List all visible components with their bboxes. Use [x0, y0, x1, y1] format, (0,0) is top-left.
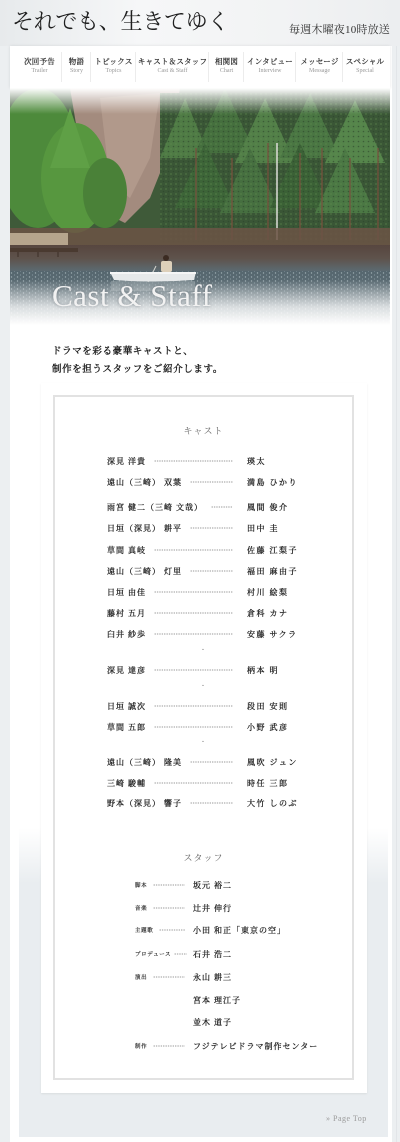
cast-actor: 柄本 明 [247, 665, 279, 676]
nav-item-chart[interactable]: 相関図 Chart [208, 52, 244, 82]
staff-name: 小田 和正「東京の空」 [193, 925, 286, 936]
page: それでも、生きてゆく 毎週木曜夜10時放送 次回予告 Trailer 物語 St… [0, 0, 400, 1142]
dot-leader [190, 570, 233, 572]
nav-label-en: Story [62, 68, 91, 74]
cast-actor: 村川 絵梨 [247, 587, 289, 598]
dot-leader [211, 506, 233, 508]
intro-line-1: ドラマを彩る豪華キャストと、 [52, 343, 193, 357]
cast-actor: 満島 ひかり [247, 477, 298, 488]
cast-row: 雨宮 健二（三崎 文哉） 風間 俊介 [107, 500, 289, 514]
cast-role: 草間 五郎 [107, 722, 146, 733]
nav-label-jp: 相関図 [209, 56, 244, 67]
dot-leader [153, 1045, 185, 1047]
cast-heading: キャスト [53, 424, 354, 437]
cast-row: 野本（深見） 響子 大竹 しのぶ [107, 796, 298, 810]
staff-name: 辻井 伸行 [193, 903, 232, 914]
staff-row: 制作 フジテレビドラマ制作センター [135, 1039, 318, 1053]
cast-actor: 安藤 サクラ [247, 629, 298, 640]
column-edge [396, 46, 397, 1142]
group-separator-dot: ・ [198, 645, 208, 654]
intro-line-2: 制作を担うスタッフをご紹介します。 [52, 361, 223, 375]
cast-role: 深見 達彦 [107, 665, 146, 676]
nav-label-jp: スペシャル [343, 56, 387, 67]
cast-actor: 瑛太 [247, 456, 266, 467]
cast-row: 深見 洋貴 瑛太 [107, 454, 266, 468]
nav-label-en: Trailer [18, 68, 61, 74]
nav-label-jp: メッセージ [296, 56, 343, 67]
staff-row: 宮本 理江子 [135, 993, 241, 1007]
cast-row: 臼井 紗歩 安藤 サクラ [107, 627, 298, 641]
dot-leader [159, 929, 185, 931]
cast-actor: 小野 武彦 [247, 722, 289, 733]
cast-role: 日垣（深見） 耕平 [107, 523, 182, 534]
dot-leader [154, 460, 233, 462]
cast-row: 三崎 駿輔 時任 三郎 [107, 776, 289, 790]
dot-leader [154, 782, 233, 784]
staff-name: 永山 耕三 [193, 972, 232, 983]
dot-leader [190, 802, 233, 804]
cast-row: 日垣 由佳 村川 絵梨 [107, 585, 289, 599]
dot-leader [153, 976, 185, 978]
cast-role: 遠山（三崎） 隆美 [107, 757, 182, 768]
dot-leader [153, 884, 185, 886]
group-separator-dot: ・ [198, 681, 208, 690]
nav-item-trailer[interactable]: 次回予告 Trailer [18, 52, 61, 82]
nav-label-en: Interview [244, 68, 296, 74]
global-nav: 次回予告 Trailer 物語 Story トピックス Topics キャスト＆… [10, 46, 390, 88]
cast-role: 深見 洋貴 [107, 456, 146, 467]
staff-name: 坂元 裕二 [193, 880, 232, 891]
staff-role: 制作 [135, 1042, 147, 1050]
nav-label-en: Cast & Staff [136, 68, 209, 74]
cast-actor: 段田 安則 [247, 701, 289, 712]
nav-item-cast-staff[interactable]: キャスト＆スタッフ Cast & Staff [135, 52, 209, 82]
cast-actor: 風間 俊介 [247, 502, 289, 513]
nav-item-topics[interactable]: トピックス Topics [90, 52, 136, 82]
cast-row: 深見 達彦 柄本 明 [107, 663, 279, 677]
site-title[interactable]: それでも、生きてゆく [12, 5, 229, 36]
staff-row: 脚本 坂元 裕二 [135, 878, 232, 892]
cast-role: 遠山（三崎） 灯里 [107, 566, 182, 577]
nav-label-en: Topics [91, 68, 136, 74]
cast-row: 遠山（三崎） 隆美 風吹 ジュン [107, 755, 298, 769]
dot-leader [154, 705, 233, 707]
staff-row: プロデュース 石井 浩二 [135, 947, 232, 961]
cast-row: 草間 五郎 小野 武彦 [107, 720, 289, 734]
cast-actor: 時任 三郎 [247, 778, 289, 789]
dot-leader [190, 527, 233, 529]
staff-role: プロデュース [135, 950, 171, 958]
staff-role: 演出 [135, 973, 147, 981]
cast-role: 臼井 紗歩 [107, 629, 146, 640]
staff-row: 音楽 辻井 伸行 [135, 901, 232, 915]
broadcast-schedule: 毎週木曜夜10時放送 [289, 21, 390, 37]
dot-leader [154, 591, 233, 593]
dot-leader [174, 953, 187, 955]
dot-leader [190, 481, 233, 483]
dot-leader [190, 761, 233, 763]
cast-row: 藤村 五月 倉科 カナ [107, 606, 289, 620]
cast-role: 遠山（三崎） 双葉 [107, 477, 182, 488]
cast-actor: 田中 圭 [247, 523, 279, 534]
dot-leader [153, 907, 185, 909]
staff-role: 音楽 [135, 904, 147, 912]
nav-label-en: Message [296, 68, 343, 74]
cast-row: 日垣（深見） 耕平 田中 圭 [107, 521, 279, 535]
cast-row: 遠山（三崎） 灯里 福田 麻由子 [107, 564, 298, 578]
cast-role: 草間 真岐 [107, 545, 146, 556]
dot-leader [154, 633, 233, 635]
staff-name: フジテレビドラマ制作センター [193, 1041, 318, 1052]
cast-role: 日垣 由佳 [107, 587, 146, 598]
cast-row: 日垣 誠次 段田 安則 [107, 699, 289, 713]
cast-role: 日垣 誠次 [107, 701, 146, 712]
cast-role: 藤村 五月 [107, 608, 146, 619]
cast-actor: 倉科 カナ [247, 608, 289, 619]
staff-role: 脚本 [135, 881, 147, 889]
cast-actor: 大竹 しのぶ [247, 798, 298, 809]
cast-role: 雨宮 健二（三崎 文哉） [107, 502, 203, 513]
nav-item-interview[interactable]: インタビュー Interview [243, 52, 296, 82]
nav-label-jp: インタビュー [244, 56, 296, 67]
cast-actor: 福田 麻由子 [247, 566, 298, 577]
nav-item-message[interactable]: メッセージ Message [295, 52, 343, 82]
staff-name: 並木 道子 [193, 1017, 232, 1028]
group-separator-dot: ・ [198, 737, 208, 746]
cast-actor: 佐藤 江梨子 [247, 545, 298, 556]
nav-label-en: Special [343, 68, 387, 74]
staff-name: 宮本 理江子 [193, 995, 241, 1006]
dot-leader [154, 726, 233, 728]
nav-label-jp: 次回予告 [18, 56, 61, 67]
staff-row: 主題歌 小田 和正「東京の空」 [135, 923, 286, 937]
cast-row: 遠山（三崎） 双葉 満島 ひかり [107, 475, 298, 489]
dot-leader [154, 612, 233, 614]
nav-item-story[interactable]: 物語 Story [61, 52, 91, 82]
nav-label-jp: トピックス [91, 56, 136, 67]
cast-role: 野本（深見） 響子 [107, 798, 182, 809]
staff-row: 並木 道子 [135, 1015, 232, 1029]
nav-label-jp: キャスト＆スタッフ [136, 56, 209, 67]
nav-item-special[interactable]: スペシャル Special [342, 52, 387, 82]
staff-role: 主題歌 [135, 926, 153, 934]
nav-label-jp: 物語 [62, 56, 91, 67]
cast-row: 草間 真岐 佐藤 江梨子 [107, 543, 298, 557]
staff-heading: スタッフ [53, 851, 354, 864]
staff-row: 演出 永山 耕三 [135, 970, 232, 984]
hero-title: Cast & Staff [52, 278, 212, 314]
cast-actor: 風吹 ジュン [247, 757, 298, 768]
page-top-link[interactable]: » Page Top [326, 1114, 367, 1123]
dot-leader [154, 669, 233, 671]
staff-name: 石井 浩二 [193, 949, 232, 960]
dot-leader [154, 549, 233, 551]
nav-label-en: Chart [209, 68, 244, 74]
cast-role: 三崎 駿輔 [107, 778, 146, 789]
